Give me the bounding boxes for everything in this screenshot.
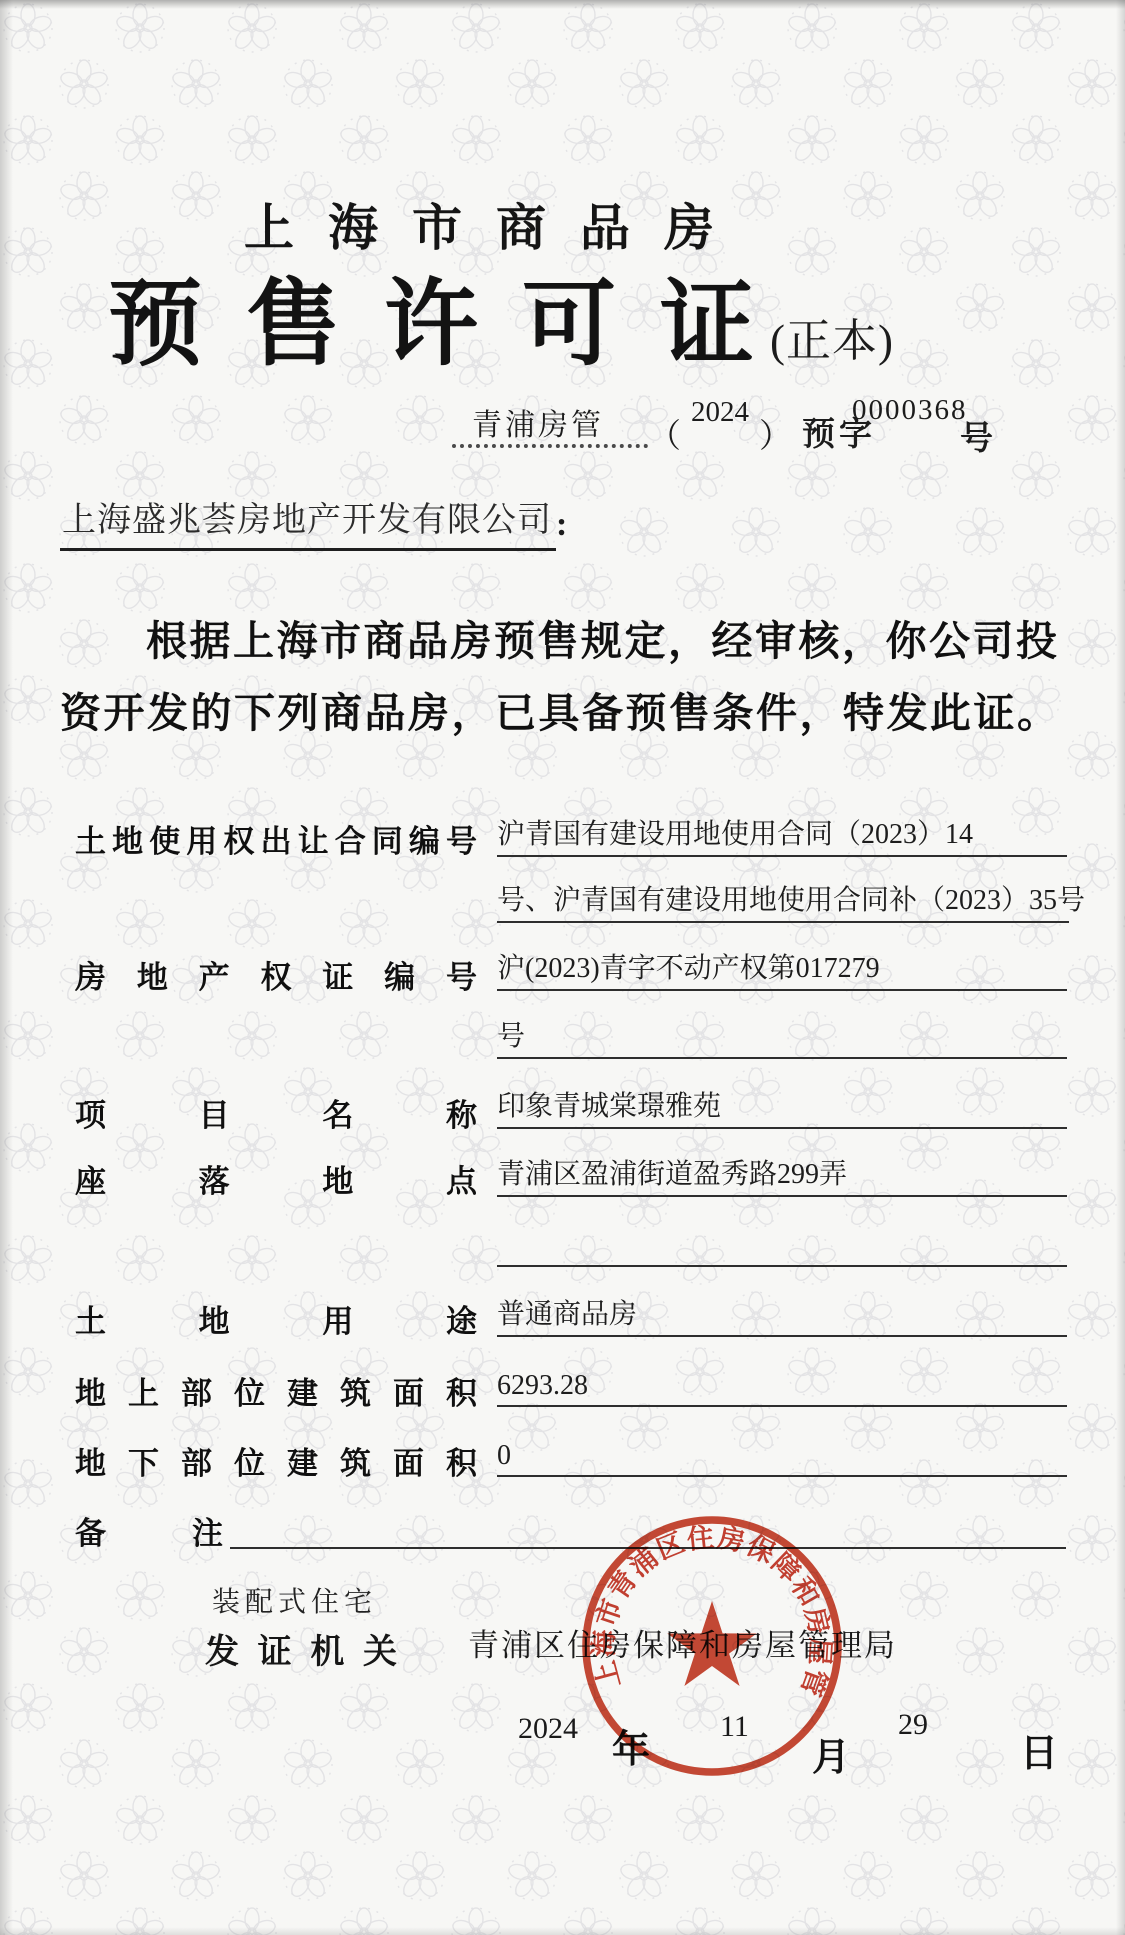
seal-star-icon xyxy=(667,1601,756,1686)
field-label-above-ground-area: 地上部位建筑面积 xyxy=(75,1368,477,1413)
date-day: 29 xyxy=(898,1708,928,1742)
field-value-land-use: 普通商品房 xyxy=(497,1284,1067,1337)
field-label-land-contract-no: 土地使用权出让合同编号 xyxy=(75,816,477,861)
scan-edge-bottom xyxy=(0,1927,1125,1935)
field-value-land-contract-line2: 号、沪青国有建设用地使用合同补（2023）35号 xyxy=(497,870,1069,923)
permit-issuer-office: 青浦房管 xyxy=(472,400,604,444)
copy-type-label: (正本) xyxy=(770,304,894,369)
field-value-land-contract-line1: 沪青国有建设用地使用合同（2023）14 xyxy=(497,804,1067,857)
field-label-land-use: 土地用途 xyxy=(75,1296,477,1341)
addressee-colon: : xyxy=(556,506,567,551)
field-label-location: 座落地点 xyxy=(75,1156,477,1201)
svg-text:上海市青浦区住房保障和房屋管理局: 上海市青浦区住房保障和房屋管理局 xyxy=(572,1506,836,1702)
permit-year: 2024 xyxy=(691,396,749,457)
paren-open: （ xyxy=(648,396,681,457)
scan-edge-right xyxy=(1116,0,1125,1935)
official-red-seal: 上海市青浦区住房保障和房屋管理局 xyxy=(572,1506,852,1786)
seal-ring-text: 上海市青浦区住房保障和房屋管理局 xyxy=(572,1506,836,1702)
date-year: 2024 xyxy=(518,1712,578,1746)
scan-edge-top xyxy=(0,0,1125,9)
field-label-property-cert-no: 房地产权证编号 xyxy=(75,952,477,997)
document-title-line1: 上海市商品房 xyxy=(244,188,748,260)
field-label-remarks: 备注 xyxy=(75,1508,223,1553)
permit-year-group: （ 2024 ） 预字 xyxy=(648,396,876,457)
field-label-project-name: 项目名称 xyxy=(75,1090,477,1135)
field-value-property-cert-line1: 沪(2023)青字不动产权第017279 xyxy=(497,938,1067,991)
presale-permit-document: 上海市商品房 预售许可证 (正本) 青浦房管 （ 2024 ） 预字 00003… xyxy=(0,0,1125,1935)
document-title-line2-row: 预售许可证 (正本) xyxy=(108,272,894,375)
date-day-unit: 日 xyxy=(1020,1722,1058,1777)
issuing-authority-label: 发证机关 xyxy=(205,1624,397,1673)
body-paragraph-line1: 根据上海市商品房预售规定，经审核，你公司投 xyxy=(146,608,1060,667)
scan-edge-left xyxy=(0,0,13,1935)
paren-close: ） xyxy=(759,396,792,457)
field-value-location: 青浦区盈浦街道盈秀路299弄 xyxy=(497,1144,1067,1197)
prefab-housing-note: 装配式住宅 xyxy=(212,1580,377,1620)
field-value-location-line2-empty xyxy=(497,1214,1067,1267)
field-value-above-ground-area: 6293.28 xyxy=(497,1354,1067,1407)
field-value-project-name: 印象青城棠璟雅苑 xyxy=(497,1076,1067,1129)
document-title-line2: 预售许可证 xyxy=(108,272,798,375)
body-paragraph-line2: 资开发的下列商品房，已具备预售条件，特发此证。 xyxy=(60,680,1061,739)
field-label-below-ground-area: 地下部位建筑面积 xyxy=(75,1438,477,1483)
field-value-property-cert-line2: 号 xyxy=(497,1006,1067,1059)
addressee-company-name: 上海盛兆荟房地产开发有限公司 xyxy=(60,492,556,551)
permit-serial-number: 0000368 xyxy=(852,394,968,427)
addressee-row: 上海盛兆荟房地产开发有限公司 : xyxy=(60,492,567,551)
field-value-below-ground-area: 0 xyxy=(497,1424,1067,1477)
permit-hao-label: 号 xyxy=(960,412,993,459)
